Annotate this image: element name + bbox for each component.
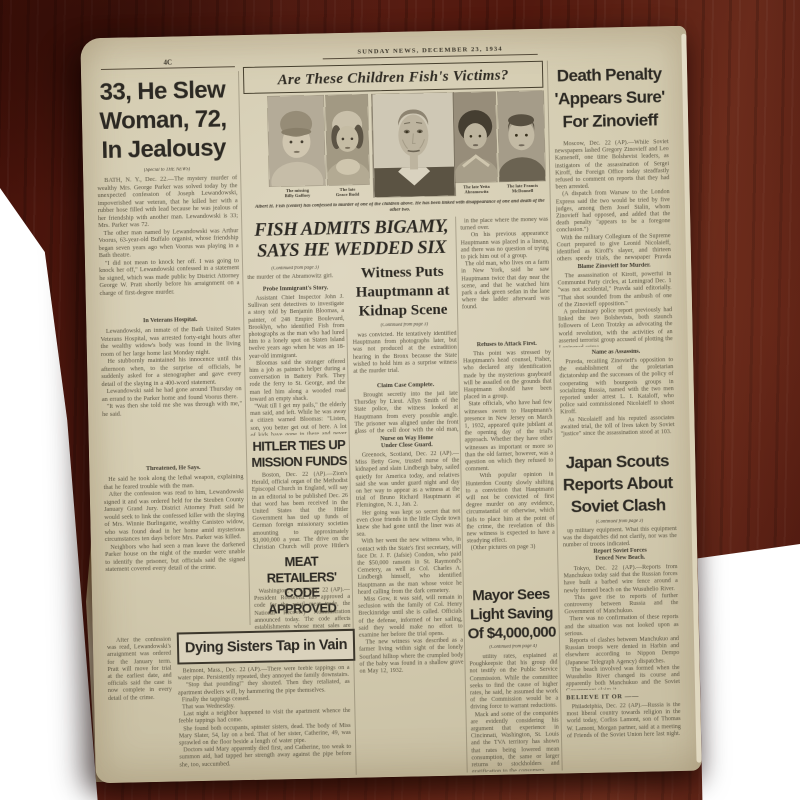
continued-line: (Continued from page 3) xyxy=(247,265,343,273)
subhead: Claim Case Complete. xyxy=(354,382,458,391)
article-body: Brought secretly into the jail late Thur… xyxy=(354,391,459,435)
subhead: Nurse on Way Home Under Close Guard. xyxy=(355,435,459,451)
subhead: Probe Immigrant's Story. xyxy=(248,285,344,294)
believe-it-or-head: BELIEVE IT OR —— xyxy=(566,692,680,701)
article-body: This point was stressed by Hauptmann's h… xyxy=(463,350,556,582)
subhead: Report Soviet Forces Fenced New Beach. xyxy=(563,547,677,563)
page-number: 4C xyxy=(101,57,235,70)
headline-line: Mayor Sees xyxy=(464,585,558,606)
headline-line: For Zinovieff xyxy=(550,108,670,134)
article-body: up military equipment. What this equipme… xyxy=(563,526,677,546)
headline-witness-hauptmann: Witness Puts Hauptmann at Kidnap Scene xyxy=(347,263,458,322)
newspaper-page: SUNDAY NEWS, DECEMBER 23, 1934 4C 33, He… xyxy=(80,26,701,784)
headline-dying-sisters-box: Dying Sisters Tap in Vain xyxy=(177,629,356,665)
article-body: Greenock, Scotland, Dec. 22 (AP).—Miss B… xyxy=(355,451,466,773)
article-body: in the place where the money was turned … xyxy=(460,217,551,341)
headline-line: Japan Scouts xyxy=(557,450,677,475)
article-body: Moscow, Dec. 22 (AP).—While Soviet newsp… xyxy=(555,139,671,261)
article-body: was convicted. He tentatively identified… xyxy=(352,331,457,381)
subhead: Refuses to Attack First. xyxy=(463,341,551,350)
headline-slew-woman: 33, He Slew Woman, 72, In Jealousy xyxy=(89,75,237,165)
byline: (Special to THE NEWS) xyxy=(97,166,237,175)
article-body: Boston, Dec. 22 (AP).—Zion's Herald, off… xyxy=(251,471,349,551)
article-body: Washington, D. C., Dec. 22 (AP).—Preside… xyxy=(254,587,351,629)
headline-fish-bigamy: FISH ADMITS BIGAMY, SAYS HE WEDDED SIX xyxy=(248,217,455,263)
photo-caption: The missing Billy Gaffney xyxy=(265,187,329,199)
subhead: Blame Zinovieff for Murder. xyxy=(557,262,671,271)
headline-line: Kidnap Scene xyxy=(348,301,458,322)
article-body: After the confession was read, Lewandows… xyxy=(107,637,174,778)
photo-albert-fish xyxy=(372,93,456,198)
caption-line: Billy Gaffney xyxy=(266,193,330,200)
headline-death-penalty-zinovieff: Death Penalty 'Appears Sure' For Zinovie… xyxy=(549,62,670,133)
continued-line: (Continued from page 3) xyxy=(352,322,456,330)
article-body: BATH, N. Y., Dec. 22.—The mystery murder… xyxy=(97,174,240,317)
article-body: The assassination of Kiroff, powerful in… xyxy=(557,271,673,347)
continued-line: (Continued from page 4) xyxy=(469,644,557,651)
headline-dying-sisters: Dying Sisters Tap in Vain xyxy=(185,637,347,656)
article-body: utility rates, explained at Poughkeepsie… xyxy=(469,653,559,773)
headline-line: Of $4,000,000 xyxy=(465,623,559,644)
headline-line: Death Penalty xyxy=(549,62,669,88)
caption-line: Grace Budd xyxy=(322,192,374,198)
headline-hitler-missions: HITLER TIES UP MISSION FUNDS xyxy=(249,437,350,470)
article-body: Assistant Chief Inspector John J. Sulliv… xyxy=(248,294,347,436)
headline-mayor-light-saving: Mayor Sees Light Saving Of $4,000,000 xyxy=(464,585,559,644)
photo-feature-banner: Are These Children Fish's Victims? xyxy=(277,66,508,89)
photo-caption: The late Francis McDonnell xyxy=(495,183,549,195)
headline-line: Witness Puts xyxy=(347,263,457,284)
headline-line: Reports About xyxy=(558,472,678,497)
photo-main-caption: Albert H. Fish (center) has confessed to… xyxy=(254,199,546,217)
article-body: He said he took along the lethal weapon,… xyxy=(103,473,246,628)
headline-line: MEAT RETAILERS' xyxy=(251,553,352,586)
headline-line: 33, He Slew xyxy=(89,75,236,107)
article-body: Lewandowski, an inmate of the Bath Unite… xyxy=(100,325,243,464)
headline-line: SAYS HE WEDDED SIX xyxy=(249,238,455,263)
photo-billy-gaffney xyxy=(268,95,326,186)
continued-line: (Continued from page 3) xyxy=(562,518,676,526)
headline-japan-scouts: Japan Scouts Reports About Soviet Clash xyxy=(557,450,678,518)
photo-yetta-abramowitz xyxy=(453,92,497,183)
headline-line: In Jealousy xyxy=(90,133,237,165)
photo-feature-banner-box: Are These Children Fish's Victims? xyxy=(243,61,543,94)
photo-francis-mcdonnell xyxy=(497,91,545,182)
headline-line: 'Appears Sure' xyxy=(549,85,669,111)
article-body: Philadelphia, Dec. 22 (AP).—Russia is th… xyxy=(566,702,681,768)
subhead-line: Fenced New Beach. xyxy=(563,554,677,563)
article-body: Tokyo, Dec. 22 (AP).—Reports from Manchu… xyxy=(563,564,680,690)
caption-line: McDonnell xyxy=(496,188,550,195)
masthead: SUNDAY NEWS, DECEMBER 23, 1934 xyxy=(323,44,538,60)
headline-line: HITLER TIES UP xyxy=(249,437,349,455)
article-body: the murder of the Abramowitz girl. xyxy=(247,273,343,285)
headline-line: Soviet Clash xyxy=(558,494,678,519)
headline-line: Woman, 72, xyxy=(90,104,237,136)
photo-caption: The late Grace Budd xyxy=(321,186,373,198)
subhead: Name as Assassins. xyxy=(559,348,673,357)
subhead-line: Under Close Guard. xyxy=(355,442,459,451)
article-body: Belmont, Mass., Dec. 22 (AP).—There were… xyxy=(177,665,351,779)
headline-line: MISSION FUNDS xyxy=(249,452,349,470)
headline-line: Hauptmann at xyxy=(347,282,457,303)
article-body: Pravda, recalling Zinovieff's opposition… xyxy=(559,357,675,445)
headline-line: Light Saving xyxy=(464,604,558,625)
photo-grace-budd xyxy=(326,94,370,185)
